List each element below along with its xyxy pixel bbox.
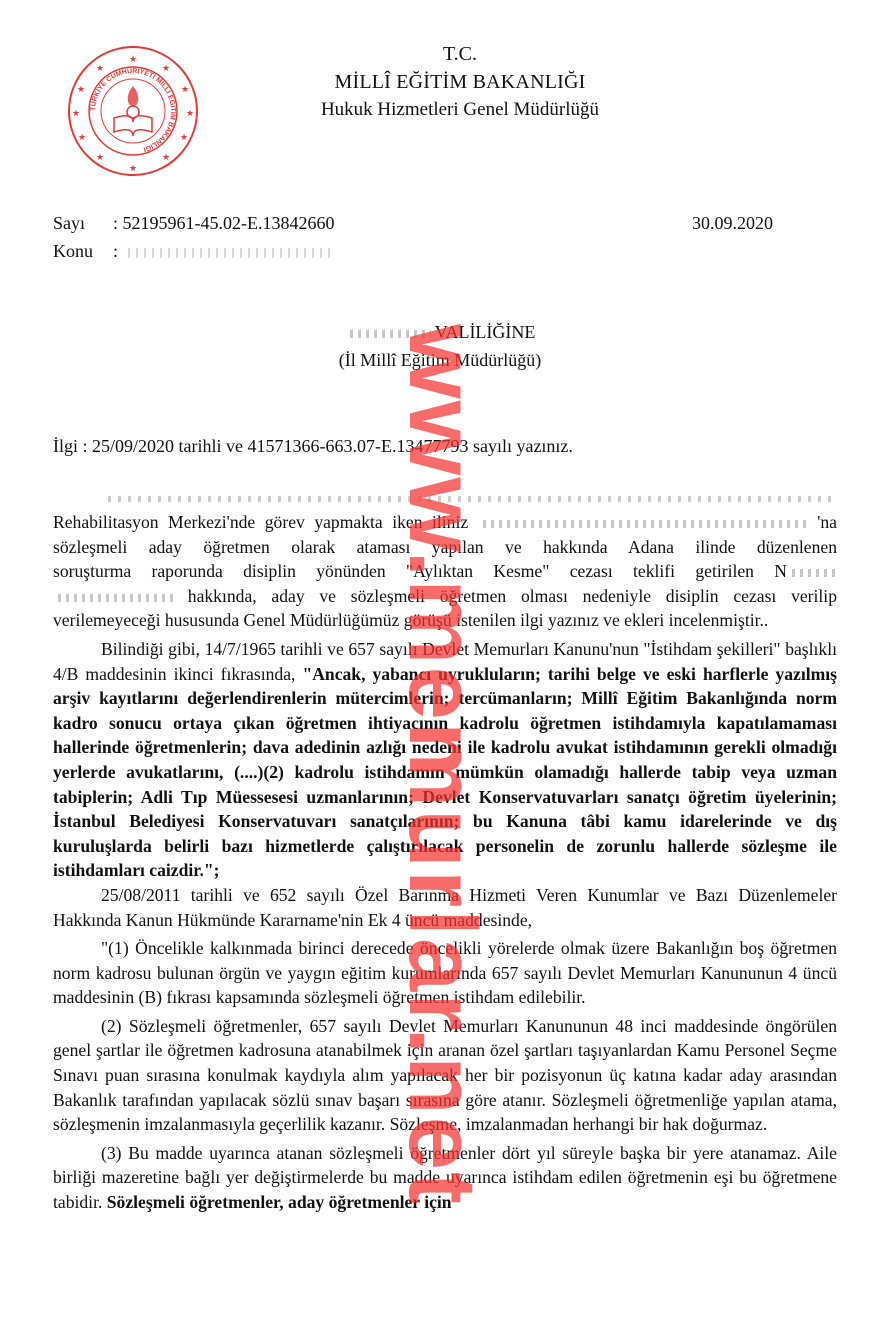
svg-text:★: ★ xyxy=(181,84,189,94)
ministry-seal-icon: ★ ★ ★ ★ ★ ★ ★ ★ ★ ★ ★ ★ TÜRKİYE CUMHURİY… xyxy=(66,44,200,178)
paragraph-1: Rehabilitasyon Merkezi'nde görev yapmakt… xyxy=(53,510,837,535)
letterhead: T.C. MİLLÎ EĞİTİM BAKANLIĞI Hukuk Hizmet… xyxy=(260,40,660,124)
paragraph-2: Bilindiği gibi, 14/7/1965 tarihli ve 657… xyxy=(53,637,837,883)
svg-text:★: ★ xyxy=(78,132,86,142)
svg-text:★: ★ xyxy=(162,63,170,73)
addressee-redacted xyxy=(345,330,431,338)
document-page: ★ ★ ★ ★ ★ ★ ★ ★ ★ ★ ★ ★ TÜRKİYE CUMHURİY… xyxy=(0,0,880,1333)
konu-redacted xyxy=(122,248,332,258)
sayi-value: : 52195961-45.02-E.13842660 xyxy=(113,213,334,233)
header-tc: T.C. xyxy=(260,40,660,68)
svg-text:★: ★ xyxy=(77,84,85,94)
paragraph-3: 25/08/2011 tarihli ve 652 sayılı Özel Ba… xyxy=(53,883,837,932)
svg-text:★: ★ xyxy=(186,108,194,118)
addressee-line2: (İl Millî Eğitim Müdürlüğü) xyxy=(0,350,880,371)
konu-value: : xyxy=(113,241,118,261)
addressee-line1: VALİLİĞİNE xyxy=(0,322,880,343)
svg-text:★: ★ xyxy=(96,152,104,162)
paragraph-4: "(1) Öncelikle kalkınmada birinci derece… xyxy=(53,936,837,1010)
paragraph-6: (3) Bu madde uyarınca atanan sözleşmeli … xyxy=(53,1141,837,1215)
paragraph-5: (2) Sözleşmeli öğretmenler, 657 sayılı D… xyxy=(53,1014,837,1137)
svg-text:★: ★ xyxy=(129,163,137,173)
sayi-row: Sayı: 52195961-45.02-E.13842660 xyxy=(53,213,334,234)
konu-label: Konu xyxy=(53,241,113,262)
document-date: 30.09.2020 xyxy=(692,213,773,234)
svg-text:★: ★ xyxy=(180,132,188,142)
svg-text:★: ★ xyxy=(72,108,80,118)
konu-row: Konu: xyxy=(53,241,332,262)
svg-text:★: ★ xyxy=(129,54,137,64)
svg-text:★: ★ xyxy=(96,63,104,73)
header-department: Hukuk Hizmetleri Genel Müdürlüğü xyxy=(260,96,660,124)
sayi-label: Sayı xyxy=(53,213,113,234)
redacted-line xyxy=(53,486,837,510)
letter-body: Rehabilitasyon Merkezi'nde görev yapmakt… xyxy=(53,486,837,1215)
svg-text:★: ★ xyxy=(162,152,170,162)
header-ministry: MİLLÎ EĞİTİM BAKANLIĞI xyxy=(260,68,660,96)
reference-line: İlgi : 25/09/2020 tarihli ve 41571366-66… xyxy=(53,436,573,457)
